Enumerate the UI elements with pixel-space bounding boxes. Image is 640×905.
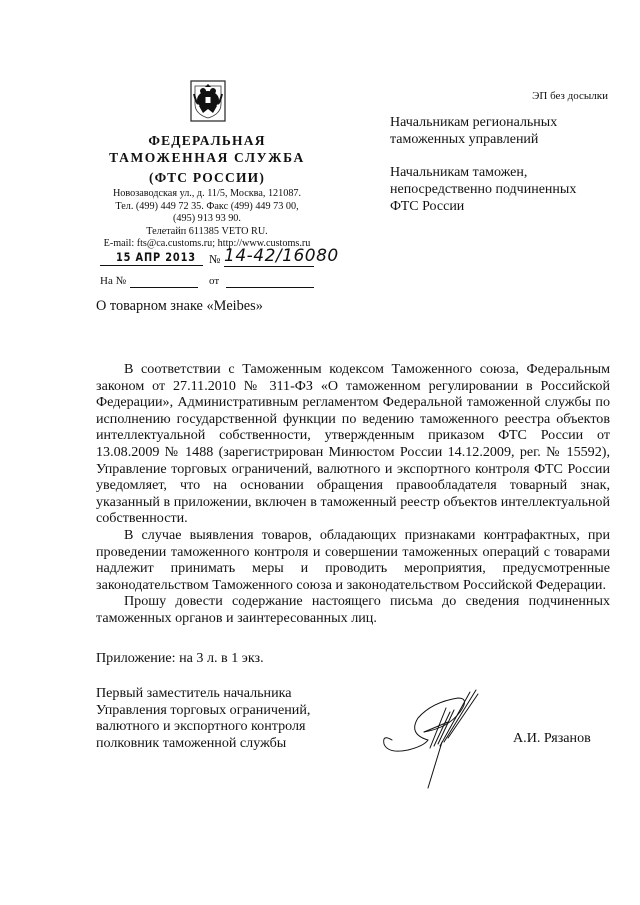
position-line: полковник таможенной службы xyxy=(96,735,310,752)
address-line: (495) 913 93 90. xyxy=(92,213,322,226)
organization-address: Новозаводская ул., д. 11/5, Москва, 1210… xyxy=(92,188,322,251)
russian-coat-of-arms-icon xyxy=(190,80,226,122)
addressee-block: Начальникам региональных таможенных упра… xyxy=(390,114,620,148)
handwritten-signature-icon xyxy=(378,688,488,790)
number-underline xyxy=(224,266,314,267)
reply-date-label: от xyxy=(209,275,219,287)
letter-subject: О товарном знаке «Meibes» xyxy=(96,298,263,315)
signer-name: А.И. Рязанов xyxy=(513,730,591,747)
organization-line: ТАМОЖЕННАЯ СЛУЖБА xyxy=(92,149,322,166)
signer-position: Первый заместитель начальника Управления… xyxy=(96,685,310,751)
letter-body: В соответствии с Таможенным кодексом Там… xyxy=(96,361,610,627)
number-label: № xyxy=(209,252,220,267)
addressee-line: Начальникам региональных xyxy=(390,114,620,131)
organization-line: ФЕДЕРАЛЬНАЯ xyxy=(92,132,322,149)
date-underline xyxy=(100,265,203,266)
organization-name: ФЕДЕРАЛЬНАЯ ТАМОЖЕННАЯ СЛУЖБА (ФТС РОССИ… xyxy=(92,132,322,186)
body-paragraph: В случае выявления товаров, обладающих п… xyxy=(96,527,610,593)
address-line: Телетайп 611385 VETO RU. xyxy=(92,226,322,239)
addressee-line: непосредственно подчиненных xyxy=(390,181,620,198)
address-line: Тел. (499) 449 72 35. Факс (499) 449 73 … xyxy=(92,201,322,214)
letter-number: 14-42/16080 xyxy=(224,246,339,266)
addressee-line: Начальникам таможен, xyxy=(390,164,620,181)
position-line: Управления торговых ограничений, xyxy=(96,702,310,719)
letter-date: 15 АПР 2013 xyxy=(116,250,196,264)
addressee-block: Начальникам таможен, непосредственно под… xyxy=(390,164,620,215)
reply-date-field xyxy=(226,287,314,288)
position-line: Первый заместитель начальника xyxy=(96,685,310,702)
organization-line: (ФТС РОССИИ) xyxy=(92,169,322,186)
addressee-line: ФТС России xyxy=(390,198,620,215)
address-line: Новозаводская ул., д. 11/5, Москва, 1210… xyxy=(92,188,322,201)
body-paragraph: Прошу довести содержание настоящего пись… xyxy=(96,593,610,626)
reply-number-field xyxy=(130,287,198,288)
attachment-note: Приложение: на 3 л. в 1 экз. xyxy=(96,650,264,667)
routing-note: ЭП без досылки xyxy=(532,90,608,102)
addressee-line: таможенных управлений xyxy=(390,131,620,148)
body-paragraph: В соответствии с Таможенным кодексом Там… xyxy=(96,361,610,527)
reply-number-label: На № xyxy=(100,275,126,287)
position-line: валютного и экспортного контроля xyxy=(96,718,310,735)
